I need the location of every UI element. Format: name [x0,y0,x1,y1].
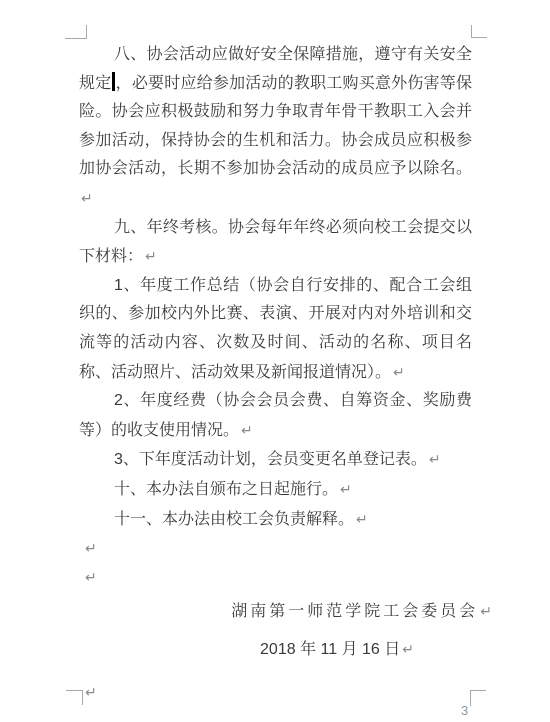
paragraph[interactable]: 九、年终考核。协会每年年终必须向校工会提交以下材料：↵ [79,214,472,272]
paragraph-text: 2、年度经费（协会会员会费、自筹资金、奖励费等）的收支使用情况。 [79,392,472,439]
paragraph-text: 1、年度工作总结（协会自行安排的、配合工会组织的、参加校内外比赛、表演、开展对内… [79,277,472,381]
paragraph-text: 九、年终考核。协会每年年终必须向校工会提交以下材料： [79,219,472,266]
paragraph-mark-icon: ↵ [85,684,97,700]
paragraph-mark-icon: ↵ [85,540,97,556]
paragraph-mark-icon: ↵ [356,511,368,527]
paragraph-mark-icon: ↵ [241,422,253,438]
paragraph-mark-icon: ↵ [429,451,441,467]
date-line[interactable]: 2018 年 11 月 16 日↵ [79,635,414,665]
text-boundary-corner-icon [470,690,486,706]
paragraph-mark-icon: ↵ [85,569,97,585]
paragraph-mark-icon: ↵ [81,190,93,206]
paragraph-mark-icon: ↵ [145,248,157,264]
document-page: 八、协会活动应做好安全保障措施，遵守有关安全规定，必要时应给参加活动的教职工购买… [0,0,550,722]
paragraph[interactable]: 十一、本办法由校工会负责解释。↵ [79,505,472,535]
paragraph-text: 十一、本办法由校工会负责解释。 [114,511,354,528]
paragraph[interactable]: 八、协会活动应做好安全保障措施，遵守有关安全规定，必要时应给参加活动的教职工购买… [79,41,472,214]
paragraph-mark-icon: ↵ [402,641,414,657]
paragraph[interactable]: 3、下年度活动计划，会员变更名单登记表。↵ [79,445,472,475]
empty-paragraph[interactable]: ↵ [79,534,472,563]
text-area[interactable]: 八、协会活动应做好安全保障措施，遵守有关安全规定，必要时应给参加活动的教职工购买… [79,41,472,707]
text-boundary-corner-icon [65,25,87,39]
signature-line[interactable]: 湖南第一师范学院工会委员会↵ [79,597,492,627]
empty-paragraph[interactable]: ↵ [79,678,472,707]
paragraph[interactable]: 2、年度经费（协会会员会费、自筹资金、奖励费等）的收支使用情况。↵ [79,387,472,445]
paragraph[interactable]: 十、本办法自颁布之日起施行。↵ [79,475,472,505]
page-number: 3 [461,703,468,718]
paragraph-mark-icon: ↵ [340,481,352,497]
paragraph-mark-icon: ↵ [480,603,492,619]
empty-paragraph[interactable]: ↵ [79,563,472,592]
paragraph-text: 十、本办法自颁布之日起施行。 [114,481,338,498]
text-boundary-corner-icon [471,25,487,38]
paragraph-text: 湖南第一师范学院工会委员会 [231,603,478,620]
paragraph-text: ，必要时应给参加活动的教职工购买意外伤害等保险。协会应积极鼓励和努力争取青年骨干… [79,75,472,178]
paragraph-text: 2018 年 11 月 16 日 [260,641,400,658]
paragraph-text: 3、下年度活动计划，会员变更名单登记表。 [114,451,427,468]
paragraph[interactable]: 1、年度工作总结（协会自行安排的、配合工会组织的、参加校内外比赛、表演、开展对内… [79,272,472,387]
paragraph-mark-icon: ↵ [393,364,405,380]
